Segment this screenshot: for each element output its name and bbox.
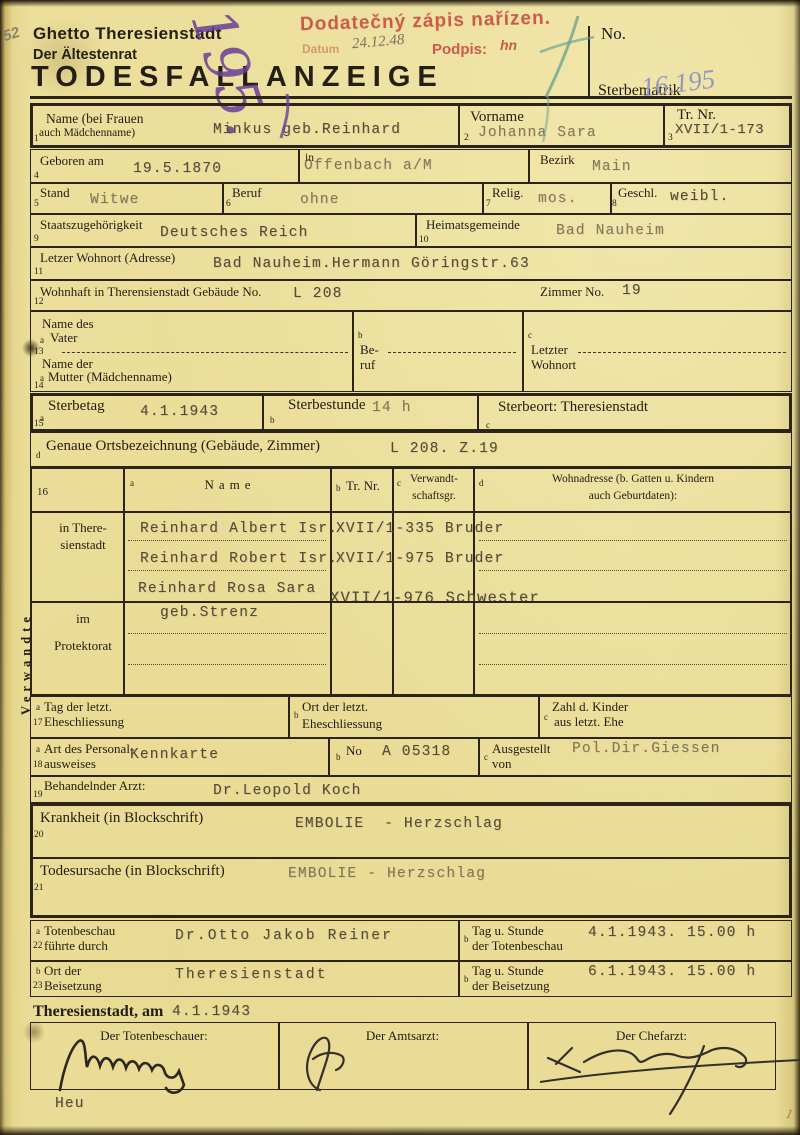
fill-line [578, 352, 786, 353]
ortsbezeichnung-value: L 208. Z.19 [390, 441, 499, 457]
vorname-value: Johanna Sara [478, 125, 597, 141]
name-value: Minkus geb.Reinhard [213, 122, 401, 138]
parents-beruf-label1: Be- [360, 343, 379, 358]
sig2-label: Der Amtsarzt: [278, 1029, 527, 1044]
field-number: 16 [37, 486, 48, 498]
relatives-group1-line2: sienstadt [50, 538, 116, 553]
geschl-value: weibl. [670, 189, 729, 205]
relative-trnr-verw: XVII/1-976 Schwester [330, 589, 540, 607]
sub-letter: c [544, 712, 548, 722]
staat-value: Deutsches Reich [160, 225, 309, 241]
totenbeschau-zeit-value: 4.1.1943. 15.00 h [588, 925, 756, 941]
relative-name: geb.Strenz [160, 605, 259, 621]
ausweis-no-label: No [346, 744, 362, 759]
parents-beruf-label2: ruf [360, 358, 375, 373]
field-number: 14 [34, 381, 44, 391]
ehe-tag-label1: Tag der letzt. [44, 700, 112, 715]
field-number: 5 [34, 199, 39, 209]
divider [473, 467, 475, 696]
field-number: 8 [612, 199, 617, 209]
sub-letter: b [294, 710, 299, 720]
field-number: 10 [419, 235, 429, 245]
footer-date-value: 4.1.1943 [172, 1004, 251, 1020]
divider [30, 960, 792, 962]
fill-line [479, 664, 787, 665]
stamp-podpis-label: Podpis: [432, 41, 487, 58]
mutter-label2: Mutter (Mädchenname) [48, 370, 172, 385]
parents-wohnort-label2: Wohnort [531, 358, 576, 373]
ausweis-label2: ausweises [44, 757, 96, 772]
stamp-line1: Dodatečný zápis nařízen. [300, 8, 552, 37]
relative-trnr-verw: XVII/1-975 Bruder [336, 551, 504, 567]
sub-letter: a [130, 478, 134, 488]
todesursache-value: EMBOLIE - Herzschlag [288, 866, 486, 882]
divider [528, 149, 530, 183]
divider [538, 696, 540, 738]
beisetzung-zeit-label1: Tag u. Stunde [472, 964, 544, 979]
geboren-value: 19.5.1870 [133, 161, 222, 177]
sub-letter: b [36, 966, 41, 976]
vorname-label: Vorname [470, 109, 524, 126]
header-divider [588, 26, 590, 97]
fill-line [62, 352, 348, 353]
divider [123, 467, 125, 696]
divider [30, 511, 792, 513]
sterbetag-label: Sterbetag [48, 398, 105, 415]
todesursache-label: Todesursache (in Blockschrift) [40, 863, 225, 880]
wohnhaft-label: Wohnhaft in Therensienstadt Gebäude No. [40, 285, 261, 300]
field-number: 3 [668, 133, 673, 143]
divider [222, 183, 224, 214]
wohnhaft-value: L 208 [293, 286, 343, 302]
bezirk-label: Bezirk [540, 153, 575, 168]
sub-letter: c [486, 420, 490, 430]
relatives-group2-line1: im [50, 612, 116, 627]
arzt-label: Behandelnder Arzt: [44, 779, 145, 794]
divider [262, 393, 264, 432]
krankheit-value: EMBOLIE - Herzschlag [295, 816, 503, 832]
divider [663, 103, 665, 148]
field-number: 21 [34, 883, 44, 893]
divider [288, 696, 290, 738]
sub-letter: d [36, 450, 41, 460]
typed-name-heu: Heu [55, 1096, 85, 1112]
fill-line [479, 540, 787, 541]
field-number: 18 [33, 760, 43, 770]
sub-letter: b [336, 483, 341, 493]
no-label: No. [601, 24, 626, 43]
fill-line [128, 570, 326, 571]
field-number: 2 [464, 133, 469, 143]
title-underline [30, 96, 792, 99]
fill-line [128, 540, 326, 541]
relatives-col-wohn1: Wohnadresse (b. Gatten u. Kindern [478, 473, 788, 486]
beruf-value: ohne [300, 192, 340, 208]
ausgestellt-label2: von [492, 757, 512, 772]
kinder-label1: Zahl d. Kinder [552, 700, 628, 715]
sub-letter: b [464, 974, 469, 984]
zimmer-value: 19 [622, 283, 642, 299]
divider [30, 857, 792, 859]
field-number: 12 [34, 297, 44, 307]
divider [522, 311, 524, 392]
wohnort-label: Letzer Wohnort (Adresse) [40, 251, 175, 266]
divider [458, 103, 460, 148]
ortsbezeichnung-label: Genaue Ortsbezeichnung (Gebäude, Zimmer) [46, 438, 320, 455]
wohnort-value: Bad Nauheim.Hermann Göringstr.63 [213, 256, 530, 272]
fill-line [479, 570, 787, 571]
totenbeschau-zeit-label2: der Totenbeschau [472, 939, 563, 954]
fill-line [388, 352, 516, 353]
sub-letter: b [464, 934, 469, 944]
heimat-value: Bad Nauheim [556, 223, 665, 239]
row-staat [30, 214, 792, 247]
arzt-value: Dr.Leopold Koch [213, 783, 362, 799]
field-number: 15 [34, 419, 44, 429]
relig-label: Relig. [492, 186, 523, 201]
totenbeschau-label1: Totenbeschau [44, 924, 115, 939]
sub-letter: b [336, 752, 341, 762]
relative-trnr-verw: XVII/1-335 Bruder [336, 521, 504, 537]
sub-letter: a [36, 702, 40, 712]
field-number: 23 [33, 981, 43, 991]
divider [415, 214, 417, 247]
field-number: 17 [33, 718, 43, 728]
ausweis-no-value: A 05318 [382, 744, 451, 760]
beisetzung-ort-label2: Beisetzung [44, 979, 102, 994]
ausweis-label1: Art des Personal- [44, 742, 134, 757]
stand-value: Witwe [90, 192, 140, 208]
divider [30, 601, 792, 603]
geschl-label: Geschl. [618, 186, 657, 201]
relatives-col-verw2: schaftsgr. [398, 490, 470, 503]
name-label: Name (bei Frauen [46, 111, 143, 126]
field-number: 20 [34, 830, 44, 840]
zimmer-label: Zimmer No. [540, 285, 604, 300]
divider [458, 920, 460, 997]
field-number: 19 [33, 790, 43, 800]
sterbeort-label: Sterbeort: Theresienstadt [498, 399, 648, 416]
beruf-label: Beruf [232, 186, 262, 201]
fill-line [128, 633, 326, 634]
sub-letter: a [40, 335, 44, 345]
relative-name: Reinhard Rosa Sara [138, 581, 316, 597]
sub-letter: b [358, 330, 363, 340]
divider [298, 149, 300, 183]
ausweis-value: Kennkarte [130, 747, 219, 763]
field-number: 1 [34, 134, 39, 144]
ehe-tag-label2: Eheschliessung [44, 715, 124, 730]
ehe-ort-label2: Eheschliessung [302, 717, 382, 732]
heimat-label: Heimatsgemeinde [426, 218, 520, 233]
relative-name: Reinhard Albert Isr. [140, 521, 338, 537]
stamp-datum-value: 24.12.48 [351, 32, 405, 54]
geboren-in-value: Offenbach a/M [304, 158, 433, 174]
stamp-podpis-value: hn [500, 37, 517, 53]
divider [352, 311, 354, 392]
name-label2: auch Mädchenname) [39, 127, 135, 140]
divider [477, 393, 479, 432]
ehe-ort-label1: Ort der letzt. [302, 700, 368, 715]
bezirk-value: Main [592, 159, 632, 175]
fill-line [128, 664, 326, 665]
sub-letter: c [528, 330, 532, 340]
relatives-col-wohn2: auch Geburtdaten): [478, 490, 788, 503]
divider [482, 183, 484, 214]
divider [330, 467, 332, 696]
relatives-col-verw1: Verwandt- [398, 473, 470, 486]
crayon-check-mark [540, 37, 594, 52]
sub-letter: a [36, 744, 40, 754]
stamp-datum-label: Datum [302, 42, 339, 56]
sterbestunde-label: Sterbestunde [288, 397, 365, 414]
field-number: 22 [33, 941, 43, 951]
divider [328, 738, 330, 776]
vater-label2: Vater [50, 331, 77, 346]
totenbeschau-zeit-label1: Tag u. Stunde [472, 924, 544, 939]
ausgestellt-value: Pol.Dir.Giessen [572, 741, 721, 757]
sterbestunde-value: 14 h [372, 400, 412, 416]
death-notice-document: 52 Ghetto Theresienstadt Der Ältestenrat… [0, 0, 800, 1135]
beisetzung-zeit-label2: der Beisetzung [472, 979, 550, 994]
sub-letter: b [270, 415, 275, 425]
relatives-col-name: Name [150, 478, 310, 493]
sub-letter: c [484, 752, 488, 762]
field-number: 6 [226, 199, 231, 209]
beisetzung-zeit-value: 6.1.1943. 15.00 h [588, 964, 756, 980]
pencil-corner-note: 52 [1, 24, 22, 45]
parents-wohnort-label1: Letzter [531, 343, 568, 358]
relig-value: mos. [538, 191, 578, 207]
geboren-label: Geboren am [40, 154, 104, 169]
kinder-label2: aus letzt. Ehe [554, 715, 624, 730]
relative-name: Reinhard Robert Isr. [140, 551, 338, 567]
trnr-value: XVII/1-173 [675, 122, 764, 138]
stand-label: Stand [40, 186, 70, 201]
sterbetag-value: 4.1.1943 [140, 404, 219, 420]
totenbeschau-label2: führte durch [44, 939, 108, 954]
relatives-group2-line2: Protektorat [50, 639, 116, 654]
fill-line [479, 633, 787, 634]
sig1-label: Der Totenbeschauer: [30, 1029, 278, 1044]
field-number: 7 [486, 199, 491, 209]
staat-label: Staatszugehörigkeit [40, 218, 143, 233]
footer-place-label: Theresienstadt, am [33, 1003, 163, 1021]
krankheit-label: Krankheit (in Blockschrift) [40, 810, 203, 827]
ausgestellt-label1: Ausgestellt [492, 742, 551, 757]
relatives-col-trnr: Tr. Nr. [346, 479, 380, 494]
beisetzung-ort-value: Theresienstadt [175, 967, 328, 983]
field-number: 4 [34, 171, 39, 181]
divider [392, 467, 394, 696]
field-number: 9 [34, 234, 39, 244]
row-eheschliessung [30, 696, 792, 738]
field-number: 11 [34, 267, 43, 277]
beisetzung-ort-label1: Ort der [44, 964, 81, 979]
pencil-bottom-right: 1 [784, 1105, 794, 1122]
divider [478, 738, 480, 776]
totenbeschau-value: Dr.Otto Jakob Reiner [175, 928, 393, 944]
sub-letter: a [36, 926, 40, 936]
relatives-group1-line1: in There- [50, 521, 116, 536]
sig3-label: Der Chefarzt: [527, 1029, 776, 1044]
